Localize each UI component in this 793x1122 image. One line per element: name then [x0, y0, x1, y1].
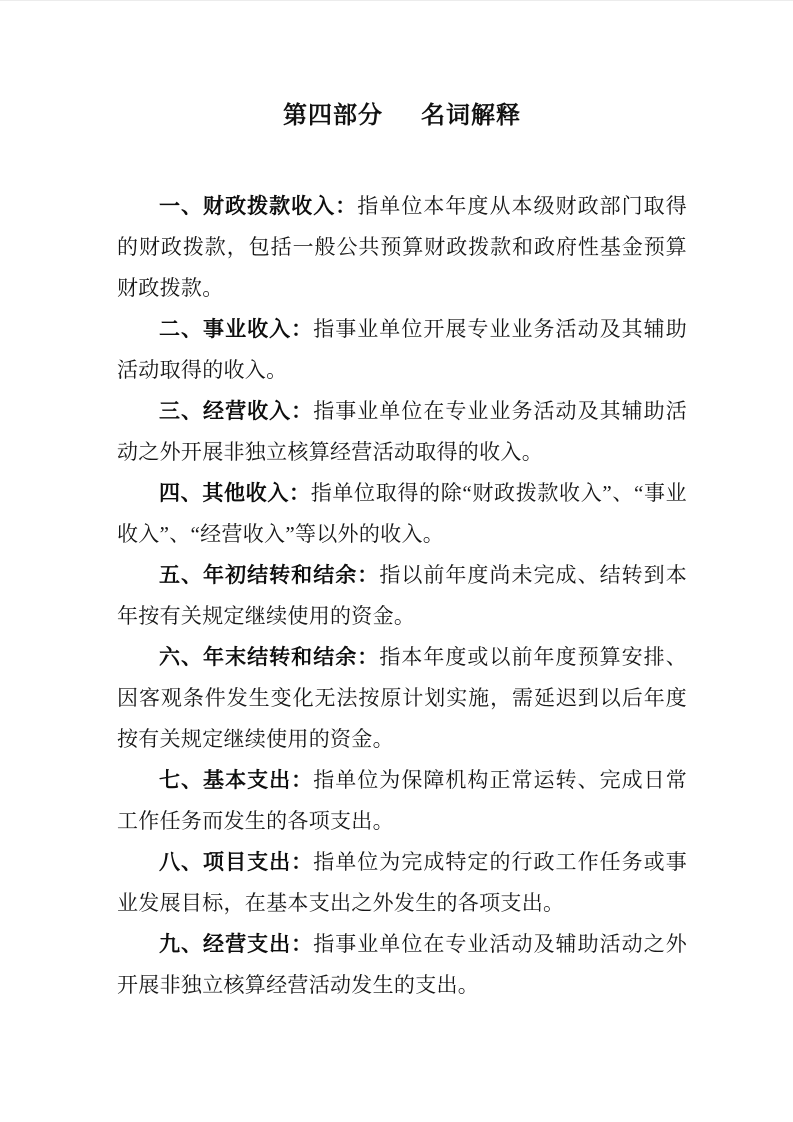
- glossary-paragraph: 六、年末结转和结余：指本年度或以前年度预算安排、因客观条件发生变化无法按原计划实…: [117, 637, 687, 760]
- glossary-paragraph: 三、经营收入：指事业单位在专业业务活动及其辅助活动之外开展非独立核算经营活动取得…: [117, 391, 687, 473]
- term-label: 三、经营收入：: [159, 399, 313, 423]
- page-title-part1: 第四部分: [283, 102, 383, 129]
- term-label: 七、基本支出：: [159, 768, 313, 792]
- glossary-paragraph: 四、其他收入：指单位取得的除“财政拨款收入”、“事业收入”、“经营收入”等以外的…: [117, 473, 687, 555]
- glossary-paragraph: 八、项目支出：指单位为完成特定的行政工作任务或事业发展目标，在基本支出之外发生的…: [117, 842, 687, 924]
- glossary-paragraph: 二、事业收入：指事业单位开展专业业务活动及其辅助活动取得的收入。: [117, 309, 687, 391]
- term-label: 九、经营支出：: [159, 932, 313, 956]
- term-label: 六、年末结转和结余：: [159, 645, 379, 669]
- page-title-part2: 名词解释: [421, 102, 521, 129]
- glossary-paragraph: 五、年初结转和结余：指以前年度尚未完成、结转到本年按有关规定继续使用的资金。: [117, 555, 687, 637]
- glossary-paragraph: 七、基本支出：指单位为保障机构正常运转、完成日常工作任务而发生的各项支出。: [117, 760, 687, 842]
- glossary-text: 一、财政拨款收入：指单位本年度从本级财政部门取得的财政拨款，包括一般公共预算财政…: [117, 186, 687, 1006]
- page-body: 第四部分名词解释 一、财政拨款收入：指单位本年度从本级财政部门取得的财政拨款，包…: [0, 1, 793, 1122]
- term-label: 一、财政拨款收入：: [159, 194, 357, 218]
- term-label: 五、年初结转和结余：: [159, 563, 379, 587]
- glossary-paragraph: 一、财政拨款收入：指单位本年度从本级财政部门取得的财政拨款，包括一般公共预算财政…: [117, 186, 687, 309]
- term-label: 四、其他收入：: [159, 481, 311, 505]
- term-label: 八、项目支出：: [159, 850, 313, 874]
- term-label: 二、事业收入：: [159, 317, 313, 341]
- document-page: { "page": { "title": { "part1": "第四部分", …: [0, 0, 793, 1122]
- page-title: 第四部分名词解释: [117, 101, 687, 131]
- glossary-paragraph: 九、经营支出：指事业单位在专业活动及辅助活动之外开展非独立核算经营活动发生的支出…: [117, 924, 687, 1006]
